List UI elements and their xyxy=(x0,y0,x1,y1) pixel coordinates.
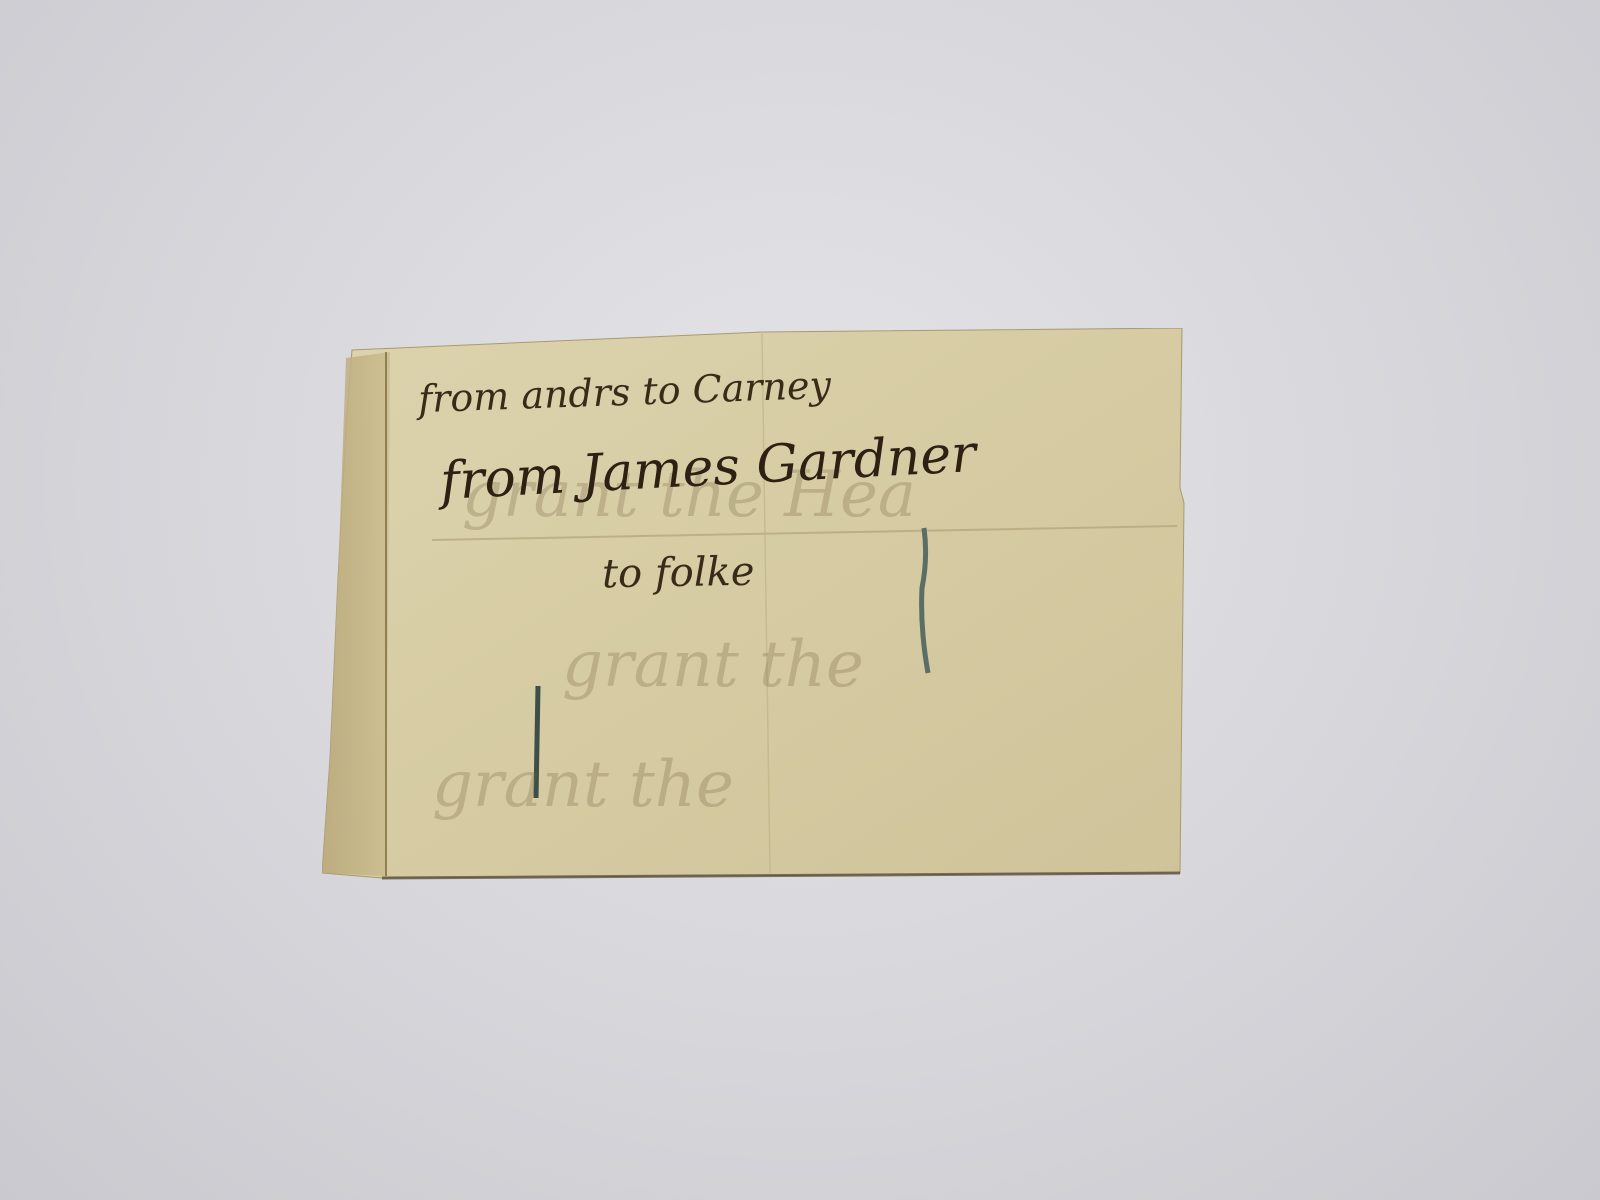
handwriting-line-3: to folke xyxy=(602,549,755,598)
paper-fragment: grant the Hea grant the grant the from a… xyxy=(322,328,1202,893)
bleed-through-text: grant the xyxy=(432,748,734,822)
bleed-through-text: grant the xyxy=(562,628,864,702)
